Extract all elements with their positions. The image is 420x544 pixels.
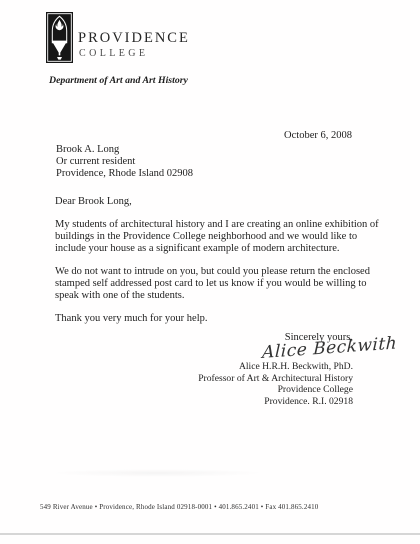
paragraph-1-line-3: include your house as a significant exam… — [55, 243, 379, 255]
salutation: Dear Brook Long, — [55, 196, 379, 208]
letter-body: Dear Brook Long, My students of architec… — [55, 196, 379, 325]
footer-address: 549 River Avenue • Providence, Rhode Isl… — [40, 503, 318, 511]
recipient-name: Brook A. Long — [56, 144, 193, 156]
paragraph-2-line-3: speak with one of the students. — [55, 290, 379, 302]
paragraph-2: We do not want to intrude on you, but co… — [55, 266, 379, 301]
signature-block: Alice H.R.H. Beckwith, PhD. Professor of… — [198, 361, 353, 408]
paragraph-2-line-1: We do not want to intrude on you, but co… — [55, 266, 379, 278]
torch-emblem-icon — [46, 12, 73, 63]
signer-title: Professor of Art & Architectural History — [198, 373, 353, 385]
page-bottom-edge — [0, 533, 420, 535]
paragraph-1-line-1: My students of architectural history and… — [55, 219, 379, 231]
paragraph-2-line-2: stamped self addressed post card to let … — [55, 278, 379, 290]
college-name: PROVIDENCE — [78, 30, 190, 47]
signer-location: Providence. R.I. 02918 — [198, 396, 353, 408]
college-name-sub: COLLEGE — [79, 48, 148, 59]
paragraph-1: My students of architectural history and… — [55, 219, 379, 254]
department-name: Department of Art and Art History — [49, 75, 188, 86]
thanks-line: Thank you very much for your help. — [55, 313, 379, 325]
signer-institution: Providence College — [198, 384, 353, 396]
recipient-address: Brook A. Long Or current resident Provid… — [56, 144, 193, 180]
paragraph-1-line-2: buildings in the Providence College neig… — [55, 231, 379, 243]
letter-date: October 6, 2008 — [284, 130, 352, 141]
signer-name: Alice H.R.H. Beckwith, PhD. — [198, 361, 353, 373]
recipient-line2: Or current resident — [56, 156, 193, 168]
handwritten-signature: Alice Beckwith — [262, 333, 402, 363]
letter-page: PROVIDENCE COLLEGE Department of Art and… — [0, 0, 420, 544]
scan-smudge-artifact — [50, 469, 265, 477]
recipient-city-line: Providence, Rhode Island 02908 — [56, 168, 193, 180]
